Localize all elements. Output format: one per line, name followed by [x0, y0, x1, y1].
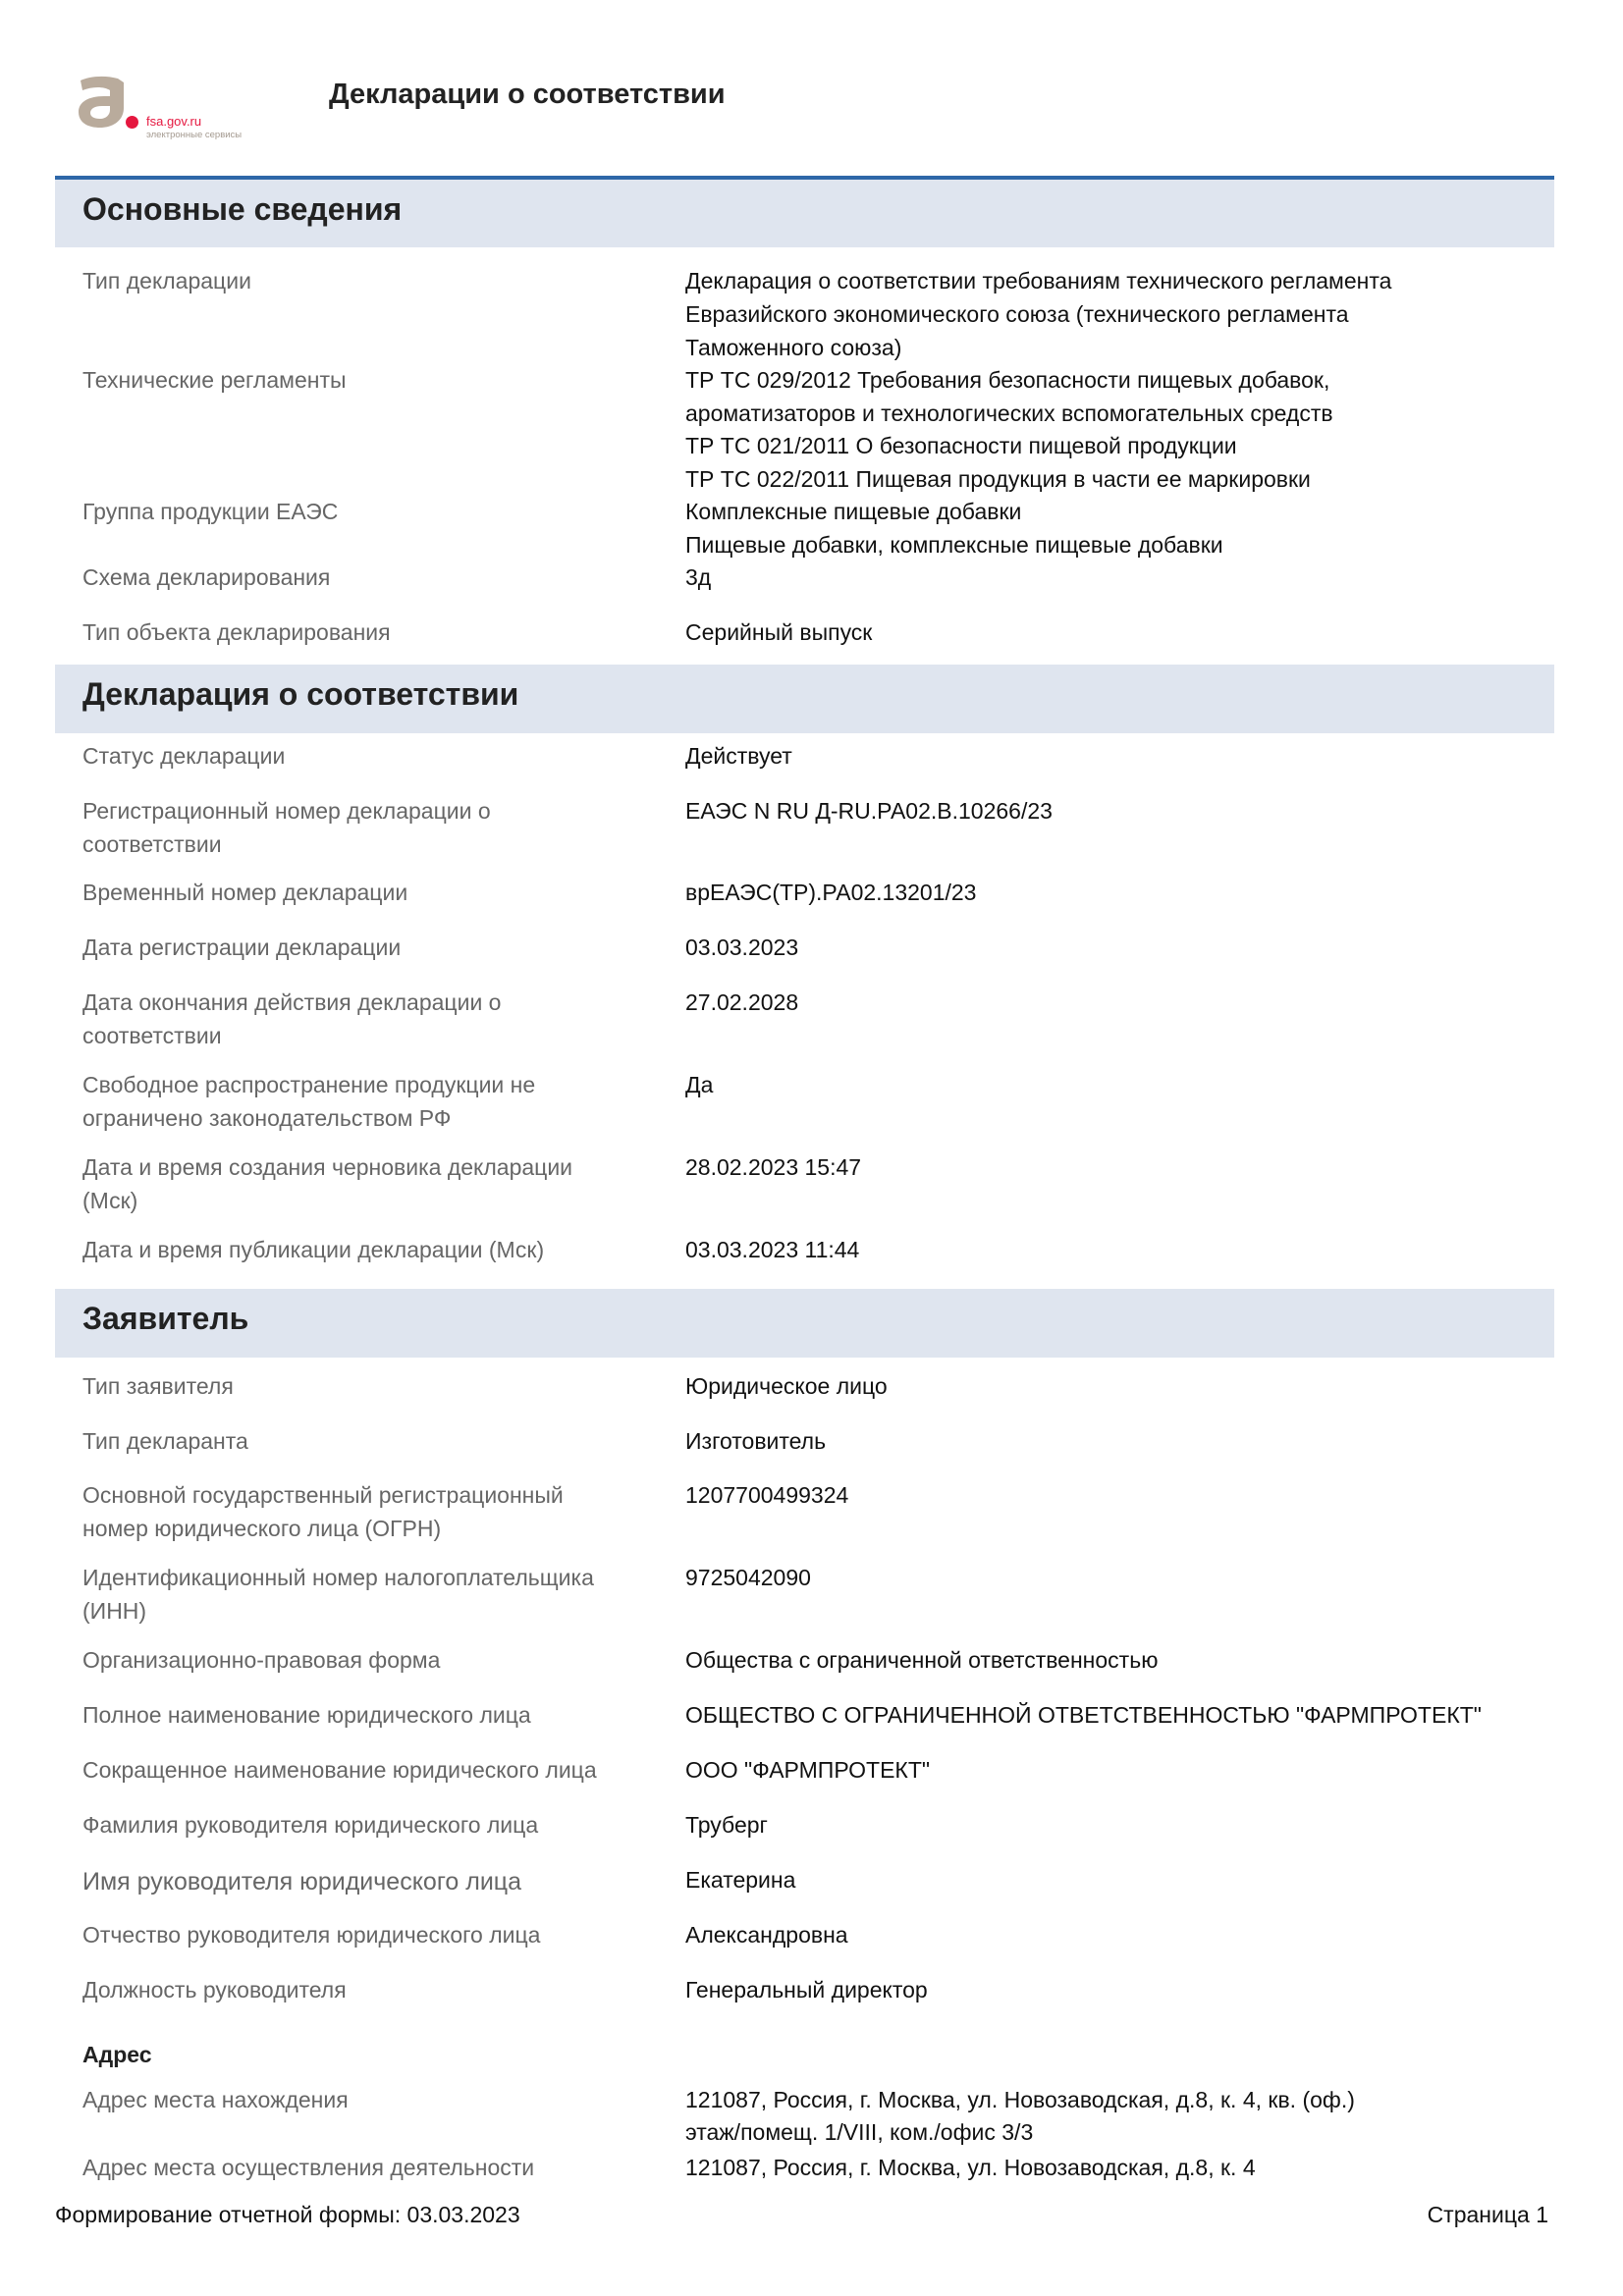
- field-label: Технические регламенты: [82, 363, 347, 397]
- field-value: врЕАЭС(ТР).РА02.13201/23: [685, 876, 976, 909]
- field-value: ТР ТС 022/2011 Пищевая продукция в части…: [685, 462, 1311, 496]
- field-value: Да: [685, 1068, 713, 1101]
- fsa-logo-a-icon: [75, 75, 128, 130]
- field-label: (Мск): [82, 1184, 137, 1217]
- field-label: (ИНН): [82, 1594, 146, 1628]
- field-value: ОБЩЕСТВО С ОГРАНИЧЕННОЙ ОТВЕТСТВЕННОСТЬЮ…: [685, 1698, 1482, 1732]
- logo-domain: fsa.gov.ru: [146, 114, 201, 129]
- field-value: Серийный выпуск: [685, 615, 872, 649]
- field-label: Тип декларанта: [82, 1424, 248, 1458]
- field-label: Основной государственный регистрационный: [82, 1478, 564, 1512]
- field-value: ароматизаторов и технологических вспомог…: [685, 397, 1333, 430]
- field-label: номер юридического лица (ОГРН): [82, 1512, 441, 1545]
- field-value: 121087, Россия, г. Москва, ул. Новозавод…: [685, 2151, 1256, 2184]
- field-label: Тип декларации: [82, 264, 251, 297]
- field-value: Таможенного союза): [685, 331, 901, 364]
- section-header-basic-info: Основные сведения: [55, 176, 1554, 247]
- field-value: Труберг: [685, 1808, 768, 1842]
- field-value: Общества с ограниченной ответственностью: [685, 1643, 1158, 1677]
- section-header-declaration: Декларация о соответствии: [55, 665, 1554, 733]
- field-label: Группа продукции ЕАЭС: [82, 495, 338, 528]
- section-title: Декларация о соответствии: [82, 676, 518, 713]
- field-value: Декларация о соответствии требованиям те…: [685, 264, 1391, 297]
- page-number: Страница 1: [1428, 2202, 1548, 2228]
- page-title: Декларации о соответствии: [329, 79, 726, 111]
- field-label: Идентификационный номер налогоплательщик…: [82, 1561, 594, 1594]
- field-value: ТР ТС 029/2012 Требования безопасности п…: [685, 363, 1329, 397]
- field-value: Александровна: [685, 1918, 848, 1951]
- field-value: ТР ТС 021/2011 О безопасности пищевой пр…: [685, 429, 1237, 462]
- field-label: соответствии: [82, 828, 222, 861]
- field-value: Изготовитель: [685, 1424, 826, 1458]
- field-label: Статус декларации: [82, 739, 285, 773]
- field-label: Тип заявителя: [82, 1369, 234, 1403]
- field-label: Свободное распространение продукции не: [82, 1068, 535, 1101]
- field-value: 03.03.2023: [685, 931, 798, 964]
- inn-value: 9725042090: [685, 1561, 811, 1594]
- field-label: Схема декларирования: [82, 561, 330, 594]
- field-value: Генеральный директор: [685, 1973, 928, 2006]
- field-label: Дата и время создания черновика декларац…: [82, 1150, 572, 1184]
- field-label: Адрес места осуществления деятельности: [82, 2151, 534, 2184]
- field-label: Регистрационный номер декларации о: [82, 794, 491, 828]
- ogrn-value: 1207700499324: [685, 1478, 848, 1512]
- field-label: Фамилия руководителя юридического лица: [82, 1808, 538, 1842]
- field-label: Должность руководителя: [82, 1973, 347, 2006]
- section-title: Основные сведения: [82, 191, 402, 228]
- address-subheading: Адрес: [82, 2038, 152, 2071]
- field-label: Имя руководителя юридического лица: [82, 1865, 521, 1898]
- logo-subtitle: электронные сервисы: [146, 130, 242, 140]
- field-label: Полное наименование юридического лица: [82, 1698, 531, 1732]
- field-label: Временный номер декларации: [82, 876, 407, 909]
- field-value: Екатерина: [685, 1863, 795, 1896]
- field-value: Евразийского экономического союза (техни…: [685, 297, 1349, 331]
- field-value: ООО "ФАРМПРОТЕКТ": [685, 1753, 930, 1787]
- field-value: 27.02.2028: [685, 986, 798, 1019]
- status-value: Действует: [685, 739, 792, 773]
- field-value: 121087, Россия, г. Москва, ул. Новозавод…: [685, 2083, 1355, 2116]
- field-label: Дата регистрации декларации: [82, 931, 401, 964]
- section-header-applicant: Заявитель: [55, 1289, 1554, 1358]
- report-generation-date: Формирование отчетной формы: 03.03.2023: [55, 2202, 520, 2228]
- field-value: 3д: [685, 561, 711, 594]
- fsa-logo: fsa.gov.ru электронные сервисы: [75, 75, 271, 143]
- field-value: Юридическое лицо: [685, 1369, 888, 1403]
- field-value: Пищевые добавки, комплексные пищевые доб…: [685, 528, 1223, 561]
- field-label: ограничено законодательством РФ: [82, 1101, 451, 1135]
- field-label: Отчество руководителя юридического лица: [82, 1918, 540, 1951]
- field-value: 03.03.2023 11:44: [685, 1233, 859, 1266]
- registration-number-value: ЕАЭС N RU Д-RU.РА02.В.10266/23: [685, 794, 1053, 828]
- field-label: Дата и время публикации декларации (Мск): [82, 1233, 544, 1266]
- field-value: этаж/помещ. 1/VIII, ком./офис 3/3: [685, 2115, 1033, 2149]
- logo-red-dot-icon: [126, 116, 138, 129]
- section-title: Заявитель: [82, 1301, 248, 1337]
- field-label: Тип объекта декларирования: [82, 615, 391, 649]
- field-label: Дата окончания действия декларации о: [82, 986, 501, 1019]
- field-label: Адрес места нахождения: [82, 2083, 349, 2116]
- field-label: Сокращенное наименование юридического ли…: [82, 1753, 597, 1787]
- field-label: Организационно-правовая форма: [82, 1643, 440, 1677]
- field-label: соответствии: [82, 1019, 222, 1052]
- field-value: Комплексные пищевые добавки: [685, 495, 1021, 528]
- field-value: 28.02.2023 15:47: [685, 1150, 861, 1184]
